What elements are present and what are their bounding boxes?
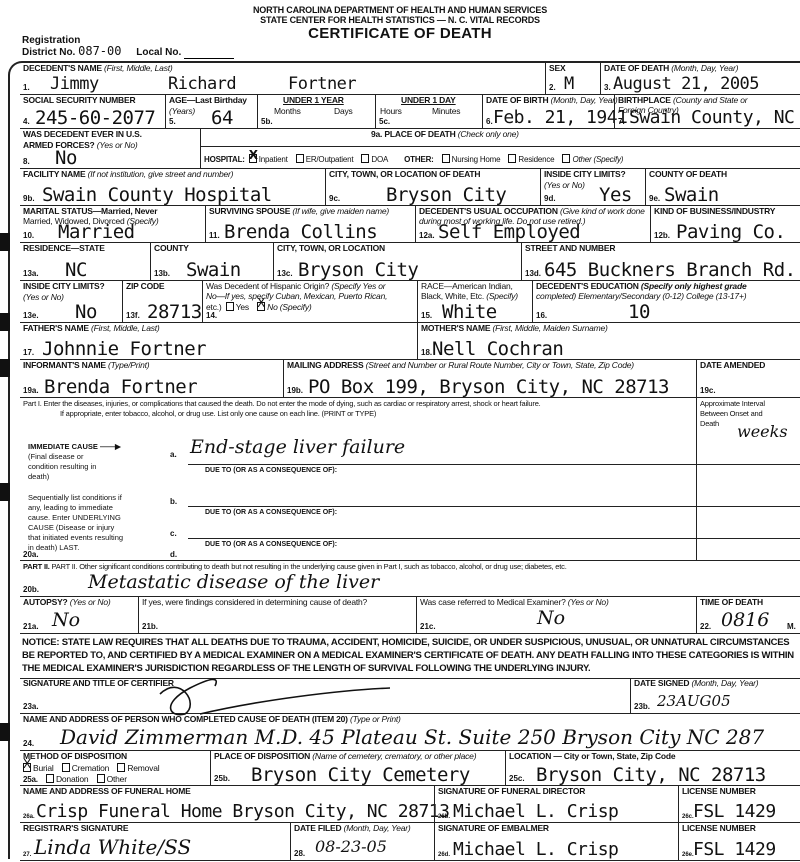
edge-tab — [0, 483, 10, 501]
nursing-home-checkbox[interactable] — [442, 154, 450, 163]
er-outpatient-checkbox[interactable] — [296, 154, 304, 163]
date-amended-field[interactable]: DATE AMENDED 19c. — [696, 360, 800, 397]
date-of-death-field[interactable]: DATE OF DEATH (Month, Day, Year) 3. Augu… — [600, 63, 800, 94]
other-disposition-checkbox[interactable] — [97, 774, 105, 783]
time-of-death-field[interactable]: TIME OF DEATH 22. 0816 M. — [696, 597, 800, 633]
registration-block: Registration District No. 087-00 Local N… — [22, 36, 234, 59]
row-informant: INFORMANT'S NAME (Type/Print) 19a. Brend… — [20, 360, 800, 398]
immediate-cause-label: IMMEDIATE CAUSE ——▶ — [28, 442, 121, 452]
under-1-day-field[interactable]: UNDER 1 DAY Hours Minutes 5c. — [375, 95, 482, 128]
autopsy-field[interactable]: AUTOPSY? (Yes or No) 21a. No — [20, 597, 138, 633]
local-label: Local No. — [136, 47, 181, 58]
row-certifier: SIGNATURE AND TITLE OF CERTIFIER 23a. DA… — [20, 678, 800, 714]
informant-name-field[interactable]: INFORMANT'S NAME (Type/Print) 19a. Brend… — [20, 360, 283, 397]
row-parents: FATHER'S NAME (First, Middle, Last) 17. … — [20, 323, 800, 360]
place-of-disposition-field[interactable]: PLACE OF DISPOSITION (Name of cemetery, … — [210, 751, 505, 785]
hispanic-yes-checkbox[interactable] — [226, 302, 234, 311]
occupation-field[interactable]: DECEDENT'S USUAL OCCUPATION (Give kind o… — [415, 206, 650, 242]
district-label: District No. — [22, 47, 75, 58]
mother-name-field[interactable]: MOTHER'S NAME (First, Middle, Maiden Sur… — [417, 323, 800, 359]
place-of-death-field: 9a. PLACE OF DEATH (Check only one) HOSP… — [200, 129, 800, 168]
cause-of-death-part1: Part I. Enter the diseases, injuries, or… — [20, 398, 800, 561]
part2-value[interactable]: Metastatic disease of the liver — [88, 571, 379, 593]
business-field[interactable]: KIND OF BUSINESS/INDUSTRY 12b. Paving Co… — [650, 206, 800, 242]
first-name: Jimmy — [50, 75, 99, 93]
embalmer-license-field[interactable]: LICENSE NUMBER 26e. FSL 1429 — [678, 823, 800, 860]
donation-checkbox[interactable] — [46, 774, 54, 783]
part1-instructions: Part I. Enter the diseases, injuries, or… — [23, 399, 541, 409]
father-name-field[interactable]: FATHER'S NAME (First, Middle, Last) 17. … — [20, 323, 417, 359]
edge-tab — [0, 313, 10, 331]
inpatient-checkbox[interactable] — [249, 154, 257, 163]
row-name: DECEDENT'S NAME (First, Middle, Last) 1.… — [20, 63, 800, 95]
completer-value[interactable]: David Zimmerman M.D. 45 Plateau St. Suit… — [60, 725, 764, 749]
row-place-of-death: WAS DECEDENT EVER IN U.S. ARMED FORCES? … — [20, 129, 800, 169]
removal-checkbox[interactable] — [117, 763, 125, 772]
certifier-signature-field[interactable]: SIGNATURE AND TITLE OF CERTIFIER 23a. — [20, 678, 630, 713]
row-completer: NAME AND ADDRESS OF PERSON WHO COMPLETED… — [20, 714, 800, 751]
mailing-address-field[interactable]: MAILING ADDRESS (Street and Number or Ru… — [283, 360, 696, 397]
row-demographics: INSIDE CITY LIMITS? (Yes or No) 13e. No … — [20, 281, 800, 323]
residence-county-field[interactable]: COUNTY 13b. Swain — [150, 243, 273, 280]
city-of-death-field[interactable]: CITY, TOWN, OR LOCATION OF DEATH 9c. Bry… — [325, 169, 540, 205]
disposition-location-field[interactable]: LOCATION — City or Town, State, Zip Code… — [505, 751, 800, 785]
medical-examiner-field[interactable]: Was case referred to Medical Examiner? (… — [416, 597, 696, 633]
last-name: Fortner — [288, 75, 356, 93]
row-facility: FACILITY NAME (If not institution, give … — [20, 169, 800, 206]
registration-label: Registration — [22, 36, 234, 46]
findings-field[interactable]: If yes, were findings considered in dete… — [138, 597, 416, 633]
education-field[interactable]: DECEDENT'S EDUCATION (Specify only highe… — [532, 281, 800, 322]
disposition-method-field: METHOD OF DISPOSITION Burial Cremation R… — [20, 751, 210, 785]
district-value[interactable]: 087-00 — [78, 44, 121, 58]
legal-notice: NOTICE: STATE LAW REQUIRES THAT ALL DEAT… — [22, 636, 800, 675]
residence-checkbox[interactable] — [508, 154, 516, 163]
marital-status-field[interactable]: MARITAL STATUS—Married, Never Married, W… — [20, 206, 205, 242]
date-filed-field[interactable]: DATE FILED (Month, Day, Year) 28. 08-23-… — [290, 823, 434, 860]
row-residence: RESIDENCE—STATE 13a. NC COUNTY 13b. Swai… — [20, 243, 800, 281]
registrar-signature-field[interactable]: REGISTRAR'S SIGNATURE 27. Linda White/SS — [20, 823, 290, 860]
hispanic-origin-field: Was Decedent of Hispanic Origin? (Specif… — [202, 281, 417, 322]
residence-city-field[interactable]: CITY, TOWN, OR LOCATION 13c. Bryson City — [273, 243, 521, 280]
under-1-year-field[interactable]: UNDER 1 YEAR Months Days 5b. — [257, 95, 375, 128]
edge-tab — [0, 233, 10, 251]
sex-field[interactable]: SEX 2. M — [545, 63, 600, 94]
decedent-name-field[interactable]: DECEDENT'S NAME (First, Middle, Last) 1.… — [20, 63, 545, 94]
row-marital: MARITAL STATUS—Married, Never Married, W… — [20, 206, 800, 243]
funeral-home-field[interactable]: NAME AND ADDRESS OF FUNERAL HOME 26a. Cr… — [20, 786, 434, 822]
middle-name: Richard — [168, 75, 236, 93]
residence-state-field[interactable]: RESIDENCE—STATE 13a. NC — [20, 243, 150, 280]
cause-a-value[interactable]: End-stage liver failure — [190, 436, 405, 458]
funeral-license-field[interactable]: LICENSE NUMBER 26c. FSL 1429 — [678, 786, 800, 822]
dept-header: NORTH CAROLINA DEPARTMENT OF HEALTH AND … — [0, 5, 800, 15]
other-place-checkbox[interactable] — [562, 154, 570, 163]
birthplace-field[interactable]: BIRTHPLACE (County and State or Foreign … — [614, 95, 800, 128]
cremation-checkbox[interactable] — [62, 763, 70, 772]
interval-column: Approximate Interval Between Onset and D… — [696, 398, 800, 560]
edge-tab — [0, 359, 10, 377]
hispanic-no-checkbox[interactable] — [257, 302, 265, 311]
row-funeral-home: NAME AND ADDRESS OF FUNERAL HOME 26a. Cr… — [20, 786, 800, 823]
row-registrar: REGISTRAR'S SIGNATURE 27. Linda White/SS… — [20, 823, 800, 861]
row-disposition: METHOD OF DISPOSITION Burial Cremation R… — [20, 751, 800, 786]
date-of-birth-field[interactable]: DATE OF BIRTH (Month, Day, Year) 6. Feb.… — [482, 95, 614, 128]
interval-a-value[interactable]: weeks — [737, 422, 788, 441]
surviving-spouse-field[interactable]: SURVIVING SPOUSE (If wife, give maiden n… — [205, 206, 415, 242]
date-signed-field[interactable]: DATE SIGNED (Month, Day, Year) 23b. 23AU… — [630, 678, 800, 713]
age-field[interactable]: AGE—Last Birthday (Years) 5. 64 — [165, 95, 257, 128]
burial-checkbox[interactable] — [23, 763, 31, 772]
edge-tab — [0, 723, 10, 741]
facility-field[interactable]: FACILITY NAME (If not institution, give … — [20, 169, 325, 205]
certificate-form: DECEDENT'S NAME (First, Middle, Last) 1.… — [8, 61, 800, 859]
county-of-death-field[interactable]: COUNTY OF DEATH 9e. Swain — [645, 169, 800, 205]
cause-b-field[interactable] — [188, 506, 696, 507]
funeral-director-signature-field[interactable]: SIGNATURE OF FUNERAL DIRECTOR 26b. Micha… — [434, 786, 678, 822]
row-ssn: SOCIAL SECURITY NUMBER 4. 245-60-2077 AG… — [20, 95, 800, 129]
residence-inside-city-field[interactable]: INSIDE CITY LIMITS? (Yes or No) 13e. No — [20, 281, 122, 322]
row-autopsy: AUTOPSY? (Yes or No) 21a. No If yes, wer… — [20, 597, 800, 634]
inside-city-limits-death-field[interactable]: INSIDE CITY LIMITS? (Yes or No) 9d. Yes — [540, 169, 645, 205]
residence-street-field[interactable]: STREET AND NUMBER 13d. 645 Buckners Bran… — [521, 243, 800, 280]
zip-code-field[interactable]: ZIP CODE 13f. 28713 — [122, 281, 202, 322]
armed-forces-field[interactable]: WAS DECEDENT EVER IN U.S. ARMED FORCES? … — [20, 129, 200, 168]
signature-scribble-icon — [140, 674, 400, 718]
doa-checkbox[interactable] — [361, 154, 369, 163]
ssn-field[interactable]: SOCIAL SECURITY NUMBER 4. 245-60-2077 — [20, 95, 165, 128]
center-header: STATE CENTER FOR HEALTH STATISTICS — N. … — [0, 15, 800, 25]
cause-of-death-part2: PART II. PART II. Other significant cond… — [20, 561, 800, 597]
local-number-field[interactable] — [184, 48, 234, 59]
embalmer-signature-field[interactable]: SIGNATURE OF EMBALMER 26d. Michael L. Cr… — [434, 823, 678, 860]
race-field[interactable]: RACE—American Indian, Black, White, Etc.… — [417, 281, 532, 322]
cause-c-field[interactable] — [188, 538, 696, 539]
